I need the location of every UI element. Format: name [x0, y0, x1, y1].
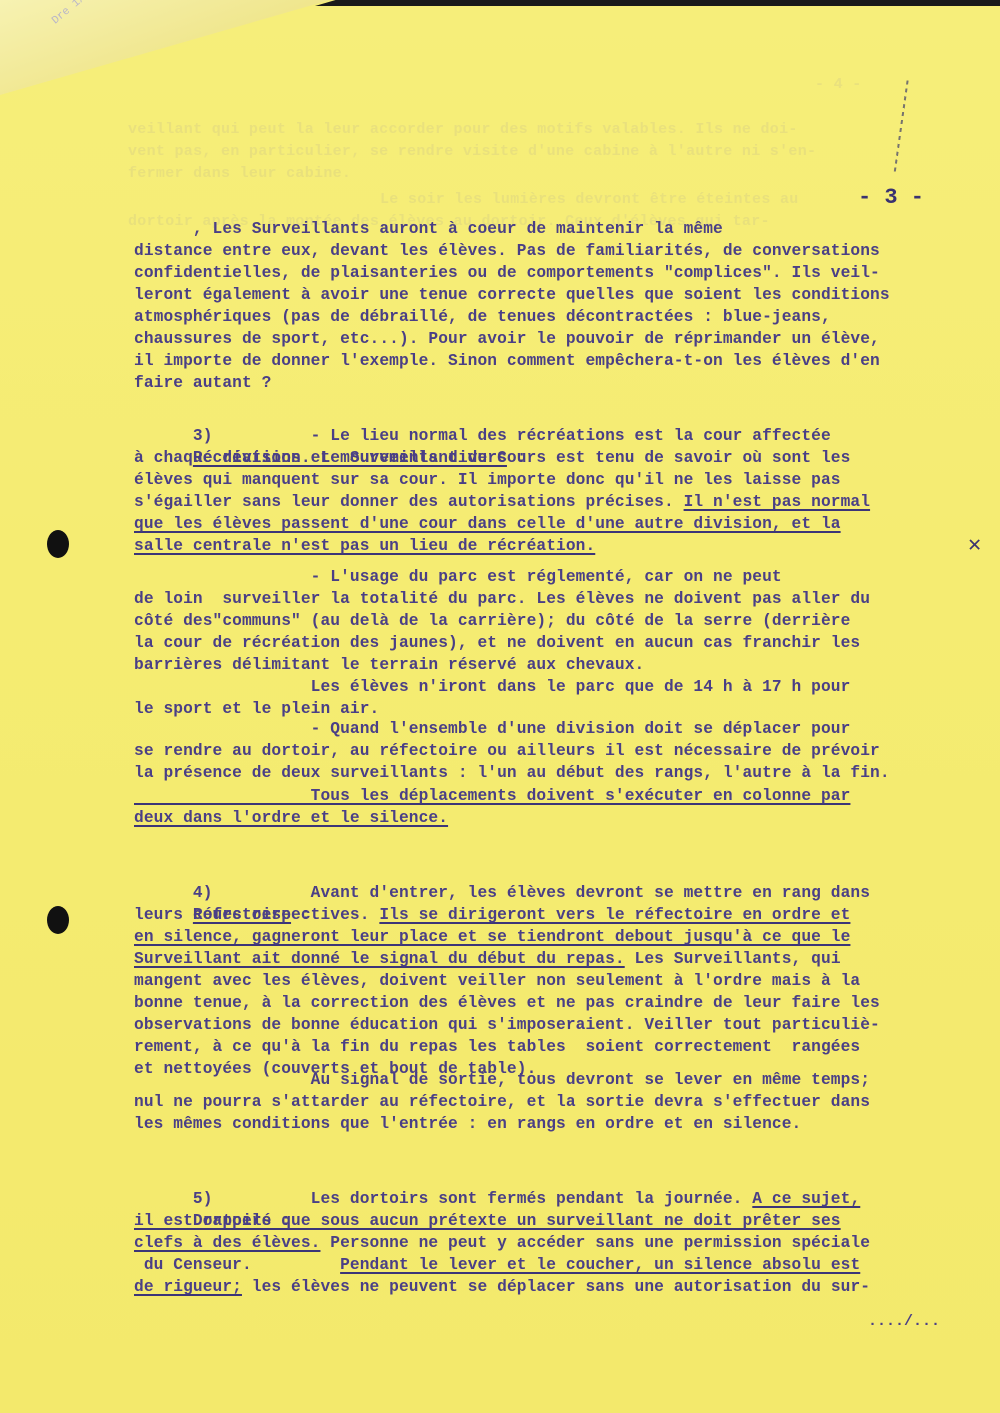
text-span: les élèves ne peuvent se déplacer sans u…	[242, 1278, 870, 1296]
text-line: barrières délimitant le terrain réservé …	[134, 654, 964, 676]
text-line: côté des"communs" (au delà de la carrièr…	[134, 610, 964, 632]
text-line: leurs cours respectives. Ils se dirigero…	[134, 904, 964, 926]
paragraph-parc: - L'usage du parc est réglementé, car on…	[134, 566, 964, 720]
text-span: s'égailler sans leur donner des autorisa…	[134, 493, 684, 511]
bleed-through-line: fermer dans leur cabine.	[128, 164, 351, 183]
punch-hole	[47, 906, 69, 934]
text-line: bonne tenue, à la correction des élèves …	[134, 992, 964, 1014]
section-recreations: 3) Récréations et mouvements divers : - …	[134, 403, 964, 557]
text-line: Au signal de sortie, tous devront se lev…	[134, 1069, 964, 1091]
bleed-through-line: vent pas, en particulier, se rendre visi…	[128, 142, 816, 161]
scan-edge	[315, 0, 1000, 6]
punch-hole	[47, 530, 69, 558]
page-number: - 3 -	[858, 185, 924, 210]
text-line: leront également à avoir une tenue corre…	[134, 284, 964, 306]
text-line: il importe de donner l'exemple. Sinon co…	[134, 350, 964, 372]
paragraph-sortie: Au signal de sortie, tous devront se lev…	[134, 1069, 964, 1135]
text-line: à chaque division. Le Surveillant du Cou…	[134, 447, 964, 469]
underlined-line: salle centrale n'est pas un lieu de récr…	[134, 535, 964, 557]
text-line: le sport et le plein air.	[134, 698, 964, 720]
text-line: , Les Surveillants auront à coeur de mai…	[134, 218, 964, 240]
pen-mark	[893, 80, 908, 174]
underlined-text: Ils se dirigeront vers le réfectoire en …	[379, 906, 850, 924]
underlined-text: Pendant le lever et le coucher, un silen…	[340, 1256, 860, 1274]
text-span: leurs cours respectives.	[134, 906, 379, 924]
underlined-line: que les élèves passent d'une cour dans c…	[134, 513, 964, 535]
document-page: Dre 1/60 - 4 - veillant qui peut la leur…	[0, 0, 1000, 1413]
paragraph-deplacements: - Quand l'ensemble d'une division doit s…	[134, 718, 964, 784]
bleed-through-line: veillant qui peut la leur accorder pour …	[128, 120, 798, 139]
text-line: Surveillant ait donné le signal du début…	[134, 948, 964, 970]
text-line: s'égailler sans leur donner des autorisa…	[134, 491, 964, 513]
text-line: faire autant ?	[134, 372, 964, 394]
text-line: la présence de deux surveillants : l'un …	[134, 762, 964, 784]
text-line: du Censeur. Pendant le lever et le couch…	[134, 1254, 964, 1276]
continuation-mark: ..../...	[868, 1313, 940, 1330]
section-dortoirs: 5) Dortoirs : Les dortoirs sont fermés p…	[134, 1166, 964, 1298]
text-line: de loin surveiller la totalité du parc. …	[134, 588, 964, 610]
text-line: la cour de récréation des jaunes), et ne…	[134, 632, 964, 654]
underlined-text: Surveillant ait donné le signal du début…	[134, 950, 625, 968]
underlined-line: il est rappelé que sous aucun prétexte u…	[134, 1210, 964, 1232]
underlined-text: clefs à des élèves.	[134, 1234, 320, 1252]
folded-corner	[0, 0, 330, 95]
underlined-line: deux dans l'ordre et le silence.	[134, 807, 964, 829]
text-span: Les Surveillants, qui	[625, 950, 841, 968]
section-refectoire: 4) Réfectoire : Avant d'entrer, les élèv…	[134, 860, 964, 1080]
text-span: Les dortoirs sont fermés pendant la jour…	[134, 1190, 752, 1208]
text-span: du Censeur.	[134, 1256, 252, 1274]
section-heading: 5) Dortoirs :	[134, 1166, 964, 1188]
text-line: chaussures de sport, etc...). Pour avoir…	[134, 328, 964, 350]
text-line: distance entre eux, devant les élèves. P…	[134, 240, 964, 262]
paragraph-colonne: Tous les déplacements doivent s'exécuter…	[134, 785, 964, 829]
margin-cross-mark: ✕	[968, 532, 981, 558]
text-line: se rendre au dortoir, au réfectoire ou a…	[134, 740, 964, 762]
text-line: atmosphériques (pas de débraillé, de ten…	[134, 306, 964, 328]
bleed-through-line: Le soir les lumières devront être éteint…	[380, 190, 799, 209]
bleed-through-page-number: - 4 -	[815, 75, 862, 94]
section-heading: 4) Réfectoire :	[134, 860, 964, 882]
text-line: - Quand l'ensemble d'une division doit s…	[134, 718, 964, 740]
text-line: les mêmes conditions que l'entrée : en r…	[134, 1113, 964, 1135]
text-line: - Le lieu normal des récréations est la …	[134, 425, 964, 447]
underlined-text: A ce sujet,	[752, 1190, 860, 1208]
intro-paragraph: , Les Surveillants auront à coeur de mai…	[134, 218, 964, 394]
text-line: nul ne pourra s'attarder au réfectoire, …	[134, 1091, 964, 1113]
text-line: Les élèves n'iront dans le parc que de 1…	[134, 676, 964, 698]
section-heading: 3) Récréations et mouvements divers :	[134, 403, 964, 425]
text-span	[252, 1256, 340, 1274]
text-span: Personne ne peut y accéder sans une perm…	[320, 1234, 870, 1252]
text-line: Avant d'entrer, les élèves devront se me…	[134, 882, 964, 904]
text-line: mangent avec les élèves, doivent veiller…	[134, 970, 964, 992]
text-line: élèves qui manquent sur sa cour. Il impo…	[134, 469, 964, 491]
underlined-line: en silence, gagneront leur place et se t…	[134, 926, 964, 948]
text-line: de rigueur; les élèves ne peuvent se dép…	[134, 1276, 964, 1298]
text-line: confidentielles, de plaisanteries ou de …	[134, 262, 964, 284]
underlined-line: Tous les déplacements doivent s'exécuter…	[134, 785, 964, 807]
underlined-text: Il n'est pas normal	[684, 493, 870, 511]
text-line: observations de bonne éducation qui s'im…	[134, 1014, 964, 1036]
underlined-text: de rigueur;	[134, 1278, 242, 1296]
text-line: clefs à des élèves. Personne ne peut y a…	[134, 1232, 964, 1254]
text-line: rement, à ce qu'à la fin du repas les ta…	[134, 1036, 964, 1058]
text-line: - L'usage du parc est réglementé, car on…	[134, 566, 964, 588]
text-line: Les dortoirs sont fermés pendant la jour…	[134, 1188, 964, 1210]
